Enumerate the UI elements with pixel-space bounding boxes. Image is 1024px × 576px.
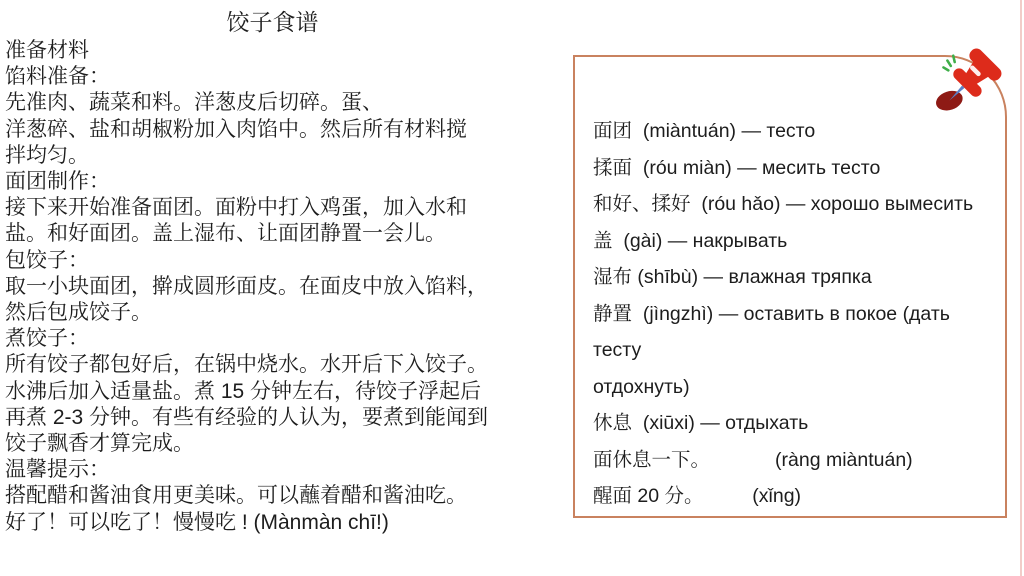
recipe-line: 饺子飘香才算完成。	[5, 431, 553, 457]
recipe-line: 盐。和好面团。盖上湿布、让面团静置一会儿。	[5, 221, 553, 247]
recipe-line: 好了！可以吃了！慢慢吃 ! (Mànmàn chī!)	[5, 510, 553, 536]
vocab-list: 面团 (miàntuán) — тесто 揉面 (róu miàn) — ме…	[593, 113, 995, 515]
recipe-line: 面团制作：	[5, 169, 553, 195]
recipe-line: 搭配醋和酱油食用更美味。可以蘸着醋和酱油吃。	[5, 483, 553, 509]
recipe-line: 取一小块面团，擀成圆形面皮。在面皮中放入馅料，	[5, 274, 553, 300]
vocab-item: 湿布 (shībù) — влажная тряпка	[593, 259, 995, 296]
vocab-item: 面休息一下。 (ràng miàntuán)	[593, 442, 995, 479]
recipe-line: 所有饺子都包好后，在锅中烧水。水开后下入饺子。	[5, 352, 553, 378]
page-title: 饺子食谱	[0, 8, 545, 36]
recipe-line: 接下来开始准备面团。面粉中打入鸡蛋，加入水和	[5, 195, 553, 221]
vocab-item: 静置 (jìngzhì) — оставить в покое (дать те…	[593, 296, 995, 406]
recipe-line: 水沸后加入适量盐。煮 15 分钟左右，待饺子浮起后	[5, 379, 553, 405]
vocab-item: 醒面 20 分。 (xǐng)	[593, 478, 995, 515]
recipe-line: 再煮 2-3 分钟。有些有经验的人认为，要煮到能闻到	[5, 405, 553, 431]
red-pushpin-icon	[920, 42, 1008, 130]
recipe-line: 馅料准备：	[5, 64, 553, 90]
slide-edge-line	[1020, 0, 1022, 576]
recipe-line: 温馨提示：	[5, 457, 553, 483]
vocab-item: 和好、揉好 (róu hǎo) — хорошо вымесить	[593, 186, 995, 223]
recipe-line: 包饺子：	[5, 248, 553, 274]
recipe-line: 然后包成饺子。	[5, 300, 553, 326]
recipe-line: 准备材料	[5, 38, 553, 64]
recipe-line: 拌均匀。	[5, 143, 553, 169]
vocab-item: 盖 (gài) — накрывать	[593, 223, 995, 260]
vocab-item: 揉面 (róu miàn) — месить тесто	[593, 150, 995, 187]
slide: 饺子食谱 准备材料 馅料准备： 先准肉、蔬菜和料。洋葱皮后切碎。蛋、 洋葱碎、盐…	[0, 0, 1024, 576]
recipe-line: 洋葱碎、盐和胡椒粉加入肉馅中。然后所有材料搅	[5, 117, 553, 143]
vocab-item: 休息 (xiūxi) — отдыхать	[593, 405, 995, 442]
recipe-text: 准备材料 馅料准备： 先准肉、蔬菜和料。洋葱皮后切碎。蛋、 洋葱碎、盐和胡椒粉加…	[5, 38, 553, 536]
recipe-line: 先准肉、蔬菜和料。洋葱皮后切碎。蛋、	[5, 90, 553, 116]
recipe-line: 煮饺子：	[5, 326, 553, 352]
